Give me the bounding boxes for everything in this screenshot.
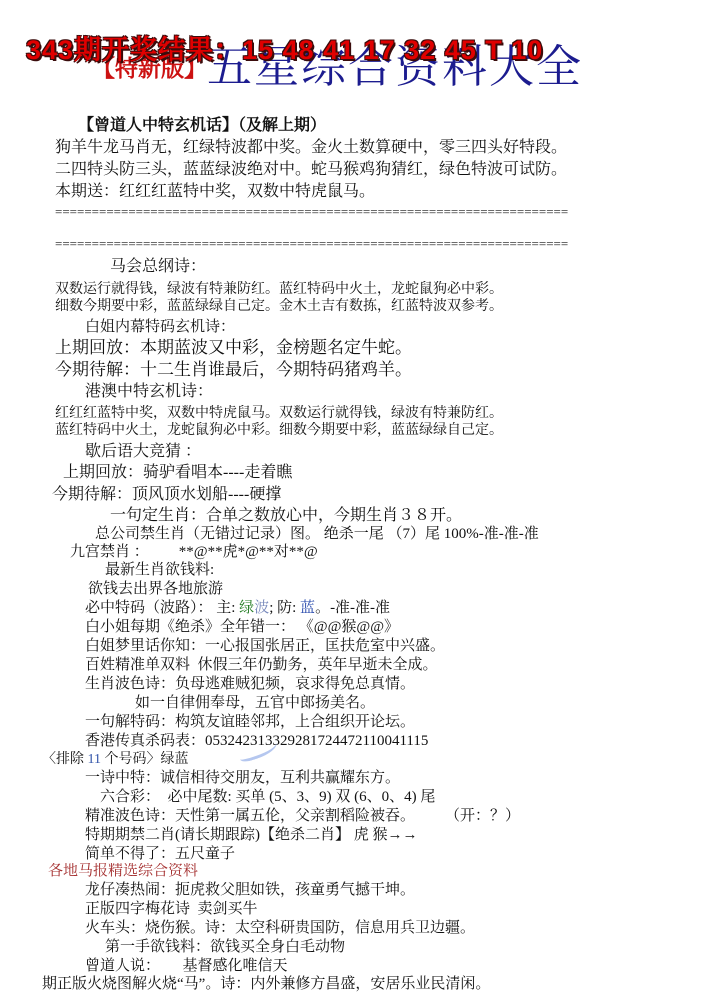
text-segment: ; 防: (269, 600, 300, 616)
document-line: 火车头：烧伤猴。诗：太空科研贵国防，信息用兵卫边疆。 (0, 919, 712, 938)
text-segment: 绿 (239, 600, 254, 616)
separator-line: ========================================… (0, 236, 712, 252)
document-line: 最新生肖欲钱料: (0, 561, 712, 580)
document-line: 生肖波色诗：负母逃难贼犯频，哀求得免总真情。 (0, 675, 712, 694)
text-segment: 个号码〉绿蓝 (104, 752, 188, 767)
document-line: 双数运行就得钱，绿波有特兼防红。蓝红特码中火土，龙蛇鼠狗必中彩。 (0, 281, 712, 298)
document-line: 百姓精准单双料 休假三年仍勤务，英年早逝未全成。 (0, 656, 712, 675)
document-line: 今期待解：顶风顶水划船----硬撑 (0, 484, 712, 506)
document-line: 第一手欲钱料：欲钱买全身白毛动物 (0, 938, 712, 957)
document-line: 总公司禁生肖（无错过记录）图。 绝杀一尾 （7）尾 100%-准-准-准 (0, 525, 712, 543)
wave-prediction-line: 必中特码（波路）： 主: 绿波; 防: 蓝。-准-准-准 (0, 599, 712, 618)
draw-result-overlay: 343期开奖结果：15 48 41 17 32 45 T 10 (26, 28, 543, 67)
document-line: 九宫禁肖 ： **@**虎*@**对**@ (0, 543, 712, 561)
document-line: 港澳中特玄机诗： (0, 381, 712, 402)
document-line: 曾道人说： 基督感化唯信天 (0, 957, 712, 975)
document-line: 二四特头防三头，蓝蓝绿波绝对中。蛇马猴鸡狗猜红，绿色特波可试防。 (0, 159, 712, 181)
document-line: 一诗中特：诚信相待交朋友，互利共赢耀东方。 (0, 768, 712, 788)
text-segment: 必中特码（波路）： 主: (85, 600, 239, 616)
document-line: 香港传真杀码表：053242313329281724472110041115 (0, 732, 712, 751)
document-line: 一句解特码：构筑友谊睦邻邦，上合组织开论坛。 (0, 713, 712, 732)
text-segment: 。-准-准-准 (315, 600, 390, 616)
document-line: 红红红蓝特中奖，双数中特虎鼠马。双数运行就得钱，绿波有特兼防红。 (0, 405, 712, 422)
document-line: 如一自律佣奉母，五官中郎扬美名。 (0, 694, 712, 713)
document-line: 特期期禁二肖(请长期跟踪)【绝杀二肖】 虎 猴→→ (0, 826, 712, 845)
document-line: 本期送：红红红蓝特中奖，双数中特虎鼠马。 (0, 181, 712, 202)
document-content: 【特新版】五星综合资料大全 【曾道人中特玄机话】（及解上期） 狗羊牛龙马肖无，红… (0, 0, 712, 993)
document-line: 上期回放：骑驴看唱本----走着瞧 (0, 462, 712, 484)
excluded-numbers-line: 〈排除 11 个号码〉绿蓝 (0, 751, 712, 768)
document-line: 一句定生肖：合单之数放心中，今期生肖３８开。 (0, 506, 712, 525)
document-line: 狗羊牛龙马肖无，红绿特波都中奖。金火土数算硬中，零三四头好特段。 (0, 137, 712, 159)
document-line: 歇后语大竞猜 ： (0, 441, 712, 462)
document-line: 马会总纲诗： (0, 256, 712, 277)
document-body: 狗羊牛龙马肖无，红绿特波都中奖。金火土数算硬中，零三四头好特段。二四特头防三头，… (0, 137, 712, 993)
document-line: 精准波色诗：天性第一属五伦，父亲割稻险被吞。 （开：？） (0, 807, 712, 826)
document-line: 上期回放：本期蓝波又中彩，金榜题名定牛蛇。 (0, 337, 712, 359)
lottery-info-page: 343期开奖结果：15 48 41 17 32 45 T 10 【特新版】五星综… (0, 0, 712, 1008)
text-segment: 〈排除 (42, 752, 84, 767)
document-line: 期正版火烧图解火烧“马”。诗：内外兼修方昌盛，安居乐业民清闲。 (0, 975, 712, 993)
document-line: 白小姐每期《绝杀》全年错一： 《@@猴@@》 (0, 618, 712, 637)
document-line: 蓝红特码中火土，龙蛇鼠狗必中彩。细数今期要中彩，蓝蓝绿绿自己定。 (0, 422, 712, 439)
document-line: 欲钱去出界各地旅游 (0, 580, 712, 599)
document-line: 正版四字梅花诗 卖剑买牛 (0, 900, 712, 919)
document-line: 今期待解：十二生肖谁最后，今期特码猪鸡羊。 (0, 359, 712, 381)
section-heading-regional: 各地马报精选综合资料 (0, 863, 712, 880)
document-line: 六合彩： 必中尾数: 买单 (5、3、9) 双 (6、0、4) 尾 (0, 788, 712, 807)
text-segment: 蓝 (300, 600, 315, 616)
document-line: 白姐内幕特码玄机诗： (0, 317, 712, 337)
document-line: 龙仔凑热闹：扼虎救父胆如铁，孩童勇气撼干坤。 (0, 880, 712, 900)
text-segment: 波 (254, 600, 269, 616)
separator-line: ========================================… (0, 204, 712, 220)
document-line: 简单不得了：五尺童子 (0, 845, 712, 863)
document-line: 白姐梦里话你知：一心报国张居正，匡扶危室中兴盛。 (0, 637, 712, 656)
document-line: 细数今期要中彩，蓝蓝绿绿自己定。金木土吉有数拣，红蓝特波双参考。 (0, 298, 712, 315)
text-segment: 11 (84, 752, 104, 767)
section-heading-zengdaoren: 【曾道人中特玄机话】（及解上期） (0, 115, 712, 137)
